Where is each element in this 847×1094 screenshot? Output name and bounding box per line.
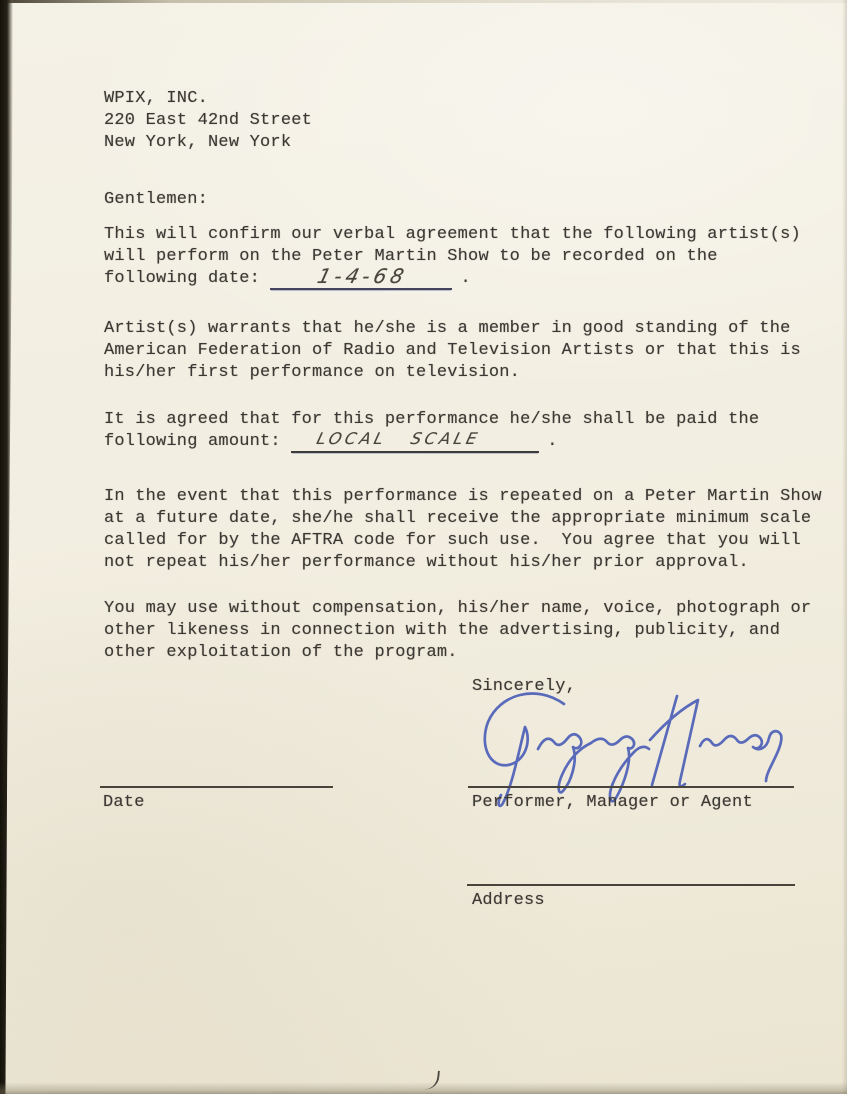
date-label: Date xyxy=(103,792,145,814)
paragraph-confirm: This will confirm our verbal agreement t… xyxy=(104,224,801,290)
amount-fill-line: LOCAL SCALE xyxy=(291,431,539,453)
paragraph-likeness-line: other exploitation of the program. xyxy=(104,642,811,664)
handwritten-date: 1-4-68 xyxy=(316,265,411,287)
performer-signature-line xyxy=(468,786,794,788)
paragraph-warrants-line: Artist(s) warrants that he/she is a memb… xyxy=(104,318,801,340)
address-line xyxy=(467,884,795,886)
spacer xyxy=(260,268,270,290)
spacer xyxy=(281,431,291,453)
paragraph-warrants: Artist(s) warrants that he/she is a memb… xyxy=(104,318,801,384)
date-fill-label: following date: xyxy=(104,268,260,290)
date-fill-line: 1-4-68 xyxy=(270,268,452,290)
paragraph-repeat-line: In the event that this performance is re… xyxy=(104,486,822,508)
paragraph-likeness-line: other likeness in connection with the ad… xyxy=(104,620,811,642)
signature-stroke-ines xyxy=(700,731,781,781)
performer-label: Performer, Manager or Agent xyxy=(472,792,753,814)
paragraph-repeat: In the event that this performance is re… xyxy=(104,486,822,574)
paragraph-repeat-line: not repeat his/her performance without h… xyxy=(104,552,822,574)
paragraph-repeat-line: called for by the AFTRA code for such us… xyxy=(104,530,822,552)
handwritten-amount: LOCAL SCALE xyxy=(315,428,483,450)
address-label: Address xyxy=(472,890,545,912)
scan-top-edge xyxy=(0,0,847,3)
signature-stroke-reg xyxy=(538,734,591,792)
paragraph-payment: It is agreed that for this performance h… xyxy=(104,409,759,453)
recipient-address-block: WPIX, INC. 220 East 42nd Street New York… xyxy=(104,88,312,154)
paragraph-likeness: You may use without compensation, his/he… xyxy=(104,598,811,664)
recipient-street: 220 East 42nd Street xyxy=(104,110,312,132)
paragraph-confirm-line: This will confirm our verbal agreement t… xyxy=(104,224,801,246)
paragraph-warrants-line: his/her first performance on television. xyxy=(104,362,801,384)
date-line xyxy=(100,786,333,788)
amount-fill-label: following amount: xyxy=(104,431,281,453)
recipient-name: WPIX, INC. xyxy=(104,88,312,110)
amount-trailing-period: . xyxy=(539,431,557,453)
signature-stroke-h xyxy=(650,696,698,786)
scan-left-edge xyxy=(0,0,13,1094)
paragraph-warrants-line: American Federation of Radio and Televis… xyxy=(104,340,801,362)
date-trailing-period: . xyxy=(452,268,470,290)
paragraph-repeat-line: at a future date, she/he shall receive t… xyxy=(104,508,822,530)
scanned-letter: WPIX, INC. 220 East 42nd Street New York… xyxy=(0,0,847,1094)
paragraph-confirm-line: will perform on the Peter Martin Show to… xyxy=(104,246,801,268)
paragraph-likeness-line: You may use without compensation, his/he… xyxy=(104,598,811,620)
salutation: Gentlemen: xyxy=(104,189,208,211)
scan-right-edge xyxy=(842,0,847,1094)
recipient-city: New York, New York xyxy=(104,132,312,154)
signature-stroke-g xyxy=(485,694,564,806)
